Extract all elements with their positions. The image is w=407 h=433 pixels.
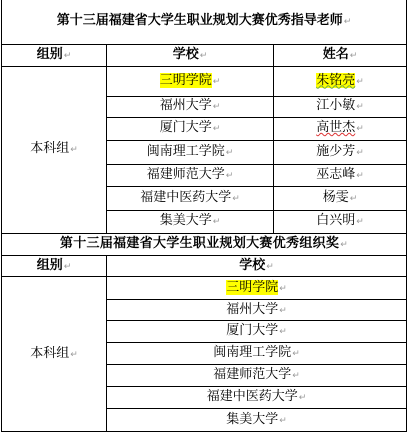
paragraph-mark-icon: ↵	[266, 262, 274, 272]
paragraph-mark-icon: ↵	[213, 77, 221, 87]
school-cell: 集美大学↵	[107, 409, 407, 432]
paragraph-mark-icon: ↵	[213, 124, 221, 134]
paragraph-mark-icon: ↵	[70, 350, 78, 360]
header-row: 组别↵ 学校↵	[2, 256, 407, 277]
school-cell: 闽南理工学院↵	[107, 343, 407, 365]
highlighted-name: 朱铭亮	[316, 73, 355, 88]
paragraph-mark-icon: ↵	[340, 240, 348, 250]
group-cell: 本科组↵	[2, 277, 107, 432]
paragraph-mark-icon: ↵	[356, 217, 364, 227]
instructor-award-table: 第十三届福建省大学生职业规划大赛优秀指导老师↵ 组别↵ 学校↵ 姓名↵ 本科组↵…	[1, 0, 407, 234]
paragraph-mark-icon: ↵	[279, 416, 287, 426]
paragraph-mark-icon: ↵	[226, 171, 234, 181]
header-school: 学校↵	[107, 44, 274, 66]
paragraph-mark-icon: ↵	[279, 327, 287, 337]
paragraph-mark-icon: ↵	[350, 51, 358, 61]
paragraph-mark-icon: ↵	[356, 171, 364, 181]
name-cell: 施少芳↵	[274, 140, 407, 164]
highlighted-school: 三明学院	[160, 73, 212, 88]
paragraph-mark-icon: ↵	[356, 124, 364, 134]
school-cell: 福建师范大学↵	[107, 365, 407, 387]
school-cell: 福建中医药大学↵	[107, 186, 274, 210]
school-cell: 福州大学↵	[107, 96, 274, 117]
name-cell: 杨雯↵	[274, 186, 407, 210]
header-row: 组别↵ 学校↵ 姓名↵	[2, 44, 407, 66]
paragraph-mark-icon: ↵	[213, 102, 221, 112]
paragraph-mark-icon: ↵	[279, 306, 287, 316]
school-cell: 三明学院↵	[107, 277, 407, 300]
table-title: 第十三届福建省大学生职业规划大赛优秀组织奖↵	[2, 234, 407, 256]
school-cell: 闽南理工学院↵	[107, 140, 274, 164]
paragraph-mark-icon: ↵	[356, 102, 364, 112]
header-name: 姓名↵	[274, 44, 407, 66]
paragraph-mark-icon: ↵	[292, 349, 300, 359]
paragraph-mark-icon: ↵	[226, 148, 234, 158]
paragraph-mark-icon: ↵	[213, 217, 221, 227]
paragraph-mark-icon: ↵	[279, 284, 287, 294]
paragraph-mark-icon: ↵	[344, 17, 352, 27]
school-cell: 福州大学↵	[107, 300, 407, 321]
header-group: 组别↵	[2, 256, 107, 277]
table-title-row: 第十三届福建省大学生职业规划大赛优秀组织奖↵	[2, 234, 407, 256]
school-cell: 集美大学↵	[107, 210, 274, 233]
organization-award-table: 第十三届福建省大学生职业规划大赛优秀组织奖↵ 组别↵ 学校↵ 本科组↵ 三明学院…	[1, 233, 407, 432]
name-cell: 巫志峰↵	[274, 164, 407, 186]
paragraph-mark-icon: ↵	[350, 194, 358, 204]
name-cell: 朱铭亮↵	[274, 66, 407, 96]
name-cell: 高世杰↵	[274, 117, 407, 140]
school-cell: 福建中医药大学↵	[107, 387, 407, 409]
paragraph-mark-icon: ↵	[299, 393, 307, 403]
paragraph-mark-icon: ↵	[64, 51, 72, 61]
table-row: 本科组↵ 三明学院↵ 朱铭亮↵	[2, 66, 407, 96]
highlighted-school: 三明学院	[226, 280, 278, 295]
paragraph-mark-icon: ↵	[356, 148, 364, 158]
table-title-row: 第十三届福建省大学生职业规划大赛优秀指导老师↵	[2, 0, 407, 44]
group-cell: 本科组↵	[2, 66, 107, 233]
paragraph-mark-icon: ↵	[356, 77, 364, 87]
table-title: 第十三届福建省大学生职业规划大赛优秀指导老师↵	[2, 0, 407, 44]
paragraph-mark-icon: ↵	[64, 262, 72, 272]
school-cell: 厦门大学↵	[107, 117, 274, 140]
school-cell: 厦门大学↵	[107, 321, 407, 343]
header-group: 组别↵	[2, 44, 107, 66]
school-cell: 福建师范大学↵	[107, 164, 274, 186]
table-title-text: 第十三届福建省大学生职业规划大赛优秀组织奖	[60, 236, 339, 251]
paragraph-mark-icon: ↵	[232, 194, 240, 204]
paragraph-mark-icon: ↵	[200, 51, 208, 61]
table-title-text: 第十三届福建省大学生职业规划大赛优秀指导老师	[57, 13, 343, 28]
header-school: 学校↵	[107, 256, 407, 277]
paragraph-mark-icon: ↵	[292, 371, 300, 381]
school-cell: 三明学院↵	[107, 66, 274, 96]
name-cell: 江小敏↵	[274, 96, 407, 117]
name-cell: 白兴明↵	[274, 210, 407, 233]
paragraph-mark-icon: ↵	[70, 145, 78, 155]
table-row: 本科组↵ 三明学院↵	[2, 277, 407, 300]
